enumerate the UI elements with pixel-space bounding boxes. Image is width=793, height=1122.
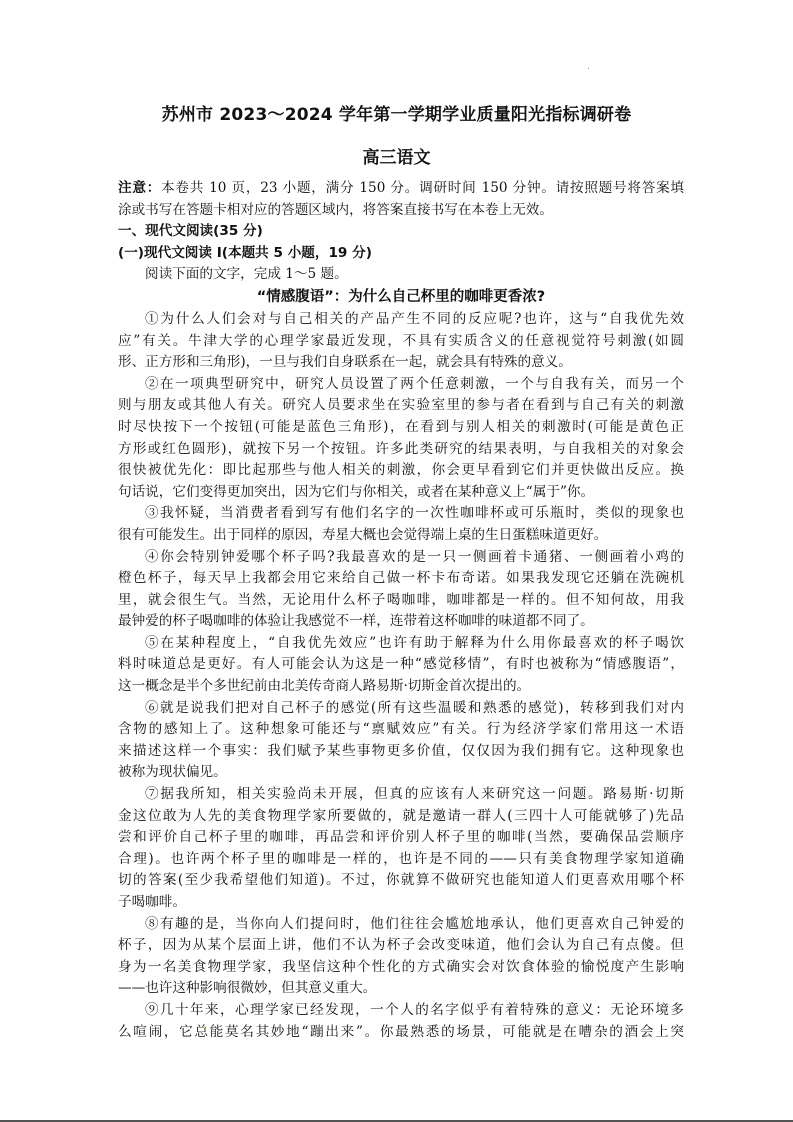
paragraph-line: 应”有关。牛津大学的心理学家最近发现，不具有实质含义的任意视觉符号刺激(如圆 xyxy=(118,331,684,353)
exam-body: 注意：本卷共 10 页，23 小题，满分 150 分。调研时间 150 分钟。请… xyxy=(118,178,684,1043)
paragraph-9: ⑨几十年来，心理学家已经发现，一个人的名字似乎有着特殊的意义：无论环境多 么喧闹… xyxy=(118,1000,684,1043)
paragraph-2: ②在一项典型研究中，研究人员设置了两个任意刺激，一个与自我有关，而另一个 则与朋… xyxy=(118,374,684,504)
notice-text: 涂或书写在答题卡相对应的答题区域内，将答案直接书写在本卷上无效。 xyxy=(118,202,553,218)
paragraph-line: ⑤在某种程度上，“自我优先效应”也许有助于解释为什么用你最喜欢的杯子喝饮 xyxy=(118,633,684,655)
article-title: “情感腹语”：为什么自己杯里的咖啡更香浓? xyxy=(118,286,684,309)
section-heading: 一、现代文阅读(35 分) xyxy=(118,221,684,243)
exam-title: 苏州市 2023～2024 学年第一学期学业质量阳光指标调研卷 xyxy=(0,100,793,125)
paragraph-line: 尝和评价自己杯子里的咖啡，再品尝和评价别人杯子里的咖啡(当然，要确保品尝顺序 xyxy=(118,827,684,849)
paragraph-4: ④你会特别钟爱哪个杯子吗?我最喜欢的是一只一侧画着卡通猪、一侧画着小鸡的 橙色杯… xyxy=(118,547,684,633)
notice-line-2: 涂或书写在答题卡相对应的答题区域内，将答案直接书写在本卷上无效。 xyxy=(118,200,684,222)
paragraph-line: 时尽快按下一个按钮(可能是蓝色三角形)，在看到与别人相关的刺激时(可能是黄色正 xyxy=(118,417,684,439)
paragraph-line: ⑦据我所知，相关实验尚未开展，但真的应该有人来研究这一问题。路易斯·切斯 xyxy=(118,784,684,806)
scan-speck xyxy=(204,1027,205,1028)
notice-line-1: 注意：本卷共 10 页，23 小题，满分 150 分。调研时间 150 分钟。请… xyxy=(118,178,684,200)
paragraph-line: ——也许这种影响很微妙，但其意义重大。 xyxy=(118,978,684,1000)
paragraph-line: 最钟爱的杯子喝咖啡的体验让我感觉不一样，连带着这杯咖啡的味道都不同了。 xyxy=(118,611,684,633)
paragraph-line: 这一概念是半个多世纪前由北美传奇商人路易斯·切斯金首次提出的。 xyxy=(118,676,684,698)
paragraph-5: ⑤在某种程度上，“自我优先效应”也许有助于解释为什么用你最喜欢的杯子喝饮 料时味… xyxy=(118,633,684,698)
paragraph-line: 来描述这样一个事实：我们赋予某些事物更多价值，仅仅因为我们拥有它。这种现象也 xyxy=(118,741,684,763)
paragraph-line: 含物的感知上了。这种想象可能还与“禀赋效应”有关。行为经济学家们常用这一术语 xyxy=(118,719,684,741)
paragraph-line: 形、正方形和三角形)，一旦与我们自身联系在一起，就会具有特殊的意义。 xyxy=(118,352,684,374)
paragraph-line: 则与朋友或其他人有关。研究人员要求坐在实验室里的参与者在看到与自己有关的刺激 xyxy=(118,395,684,417)
paragraph-line: 句话说，它们变得更加突出，因为它们与你相关，或者在某种意义上“属于”你。 xyxy=(118,482,684,504)
paragraph-line: ⑥就是说我们把对自己杯子的感觉(所有这些温暖和熟悉的感觉)，转移到我们对内 xyxy=(118,698,684,720)
paragraph-line: ④你会特别钟爱哪个杯子吗?我最喜欢的是一只一侧画着卡通猪、一侧画着小鸡的 xyxy=(118,547,684,569)
paragraph-line: ③我怀疑，当消费者看到写有他们名字的一次性咖啡杯或可乐瓶时，类似的现象也 xyxy=(118,503,684,525)
paragraph-line: 金这位敢为人先的美食物理学家所要做的，就是邀请一群人(三四十人可能就够了)先品 xyxy=(118,806,684,828)
paragraph-line: 切的答案(至少我希望他们知道)。不过，你就算不做研究也能知道人们更喜欢用哪个杯 xyxy=(118,870,684,892)
paragraph-line: 身为一名美食物理学家，我坚信这种个性化的方式确实会对饮食体验的愉悦度产生影响 xyxy=(118,957,684,979)
exam-subject: 高三语文 xyxy=(0,143,793,168)
paragraph-line: ①为什么人们会对与自己相关的产品产生不同的反应呢?也许，这与“自我优先效 xyxy=(118,309,684,331)
subsection-heading: (一)现代文阅读 I(本题共 5 小题，19 分) xyxy=(118,243,684,265)
paragraph-line: 子喝咖啡。 xyxy=(118,892,684,914)
paragraph-line: 料时味道总是更好。有人可能会认为这是一种“感觉移情”，有时也被称为“情感腹语”， xyxy=(118,654,684,676)
paragraph-3: ③我怀疑，当消费者看到写有他们名字的一次性咖啡杯或可乐瓶时，类似的现象也 很有可… xyxy=(118,503,684,546)
paragraph-line: 里，就会很生气。当然，无论用什么杯子喝咖啡，咖啡都是一样的。但不知何故，用我 xyxy=(118,590,684,612)
paragraph-1: ①为什么人们会对与自己相关的产品产生不同的反应呢?也许，这与“自我优先效 应”有… xyxy=(118,309,684,374)
paragraph-line: ⑧有趣的是，当你向人们提问时，他们往往会尴尬地承认，他们更喜欢自己钟爱的 xyxy=(118,914,684,936)
notice-label: 注意： xyxy=(118,180,161,196)
paragraph-line: 方形或红色圆形)，就按下另一个按钮。许多此类研究的结果表明，与自我相关的对象会 xyxy=(118,439,684,461)
paragraph-line: 合理)。也许两个杯子里的咖啡是一样的，也许是不同的——只有美食物理学家知道确 xyxy=(118,849,684,871)
paragraph-line: ②在一项典型研究中，研究人员设置了两个任意刺激，一个与自我有关，而另一个 xyxy=(118,374,684,396)
scan-speck xyxy=(588,68,589,69)
paragraph-6: ⑥就是说我们把对自己杯子的感觉(所有这些温暖和熟悉的感觉)，转移到我们对内 含物… xyxy=(118,698,684,784)
paragraph-line: 么喧闹，它总能莫名其妙地“蹦出来”。你最熟悉的场景，可能就是在嘈杂的酒会上突 xyxy=(118,1022,684,1044)
paragraph-8: ⑧有趣的是，当你向人们提问时，他们往往会尴尬地承认，他们更喜欢自己钟爱的 杯子，… xyxy=(118,914,684,1000)
paragraph-line: 很快被优先化：即比起那些与他人相关的刺激，你会更早看到它们并更快做出反应。换 xyxy=(118,460,684,482)
reading-instruction: 阅读下面的文字，完成 1～5 题。 xyxy=(118,264,684,286)
paragraph-line: 橙色杯子，每天早上我都会用它来给自己做一杯卡布奇诺。如果我发现它还躺在洗碗机 xyxy=(118,568,684,590)
paragraph-7: ⑦据我所知，相关实验尚未开展，但真的应该有人来研究这一问题。路易斯·切斯 金这位… xyxy=(118,784,684,914)
paragraph-line: 杯子，因为从某个层面上讲，他们不认为杯子会改变味道，他们会认为自己有点傻。但 xyxy=(118,935,684,957)
paragraph-line: 被称为现状偏见。 xyxy=(118,762,684,784)
paragraph-line: ⑨几十年来，心理学家已经发现，一个人的名字似乎有着特殊的意义：无论环境多 xyxy=(118,1000,684,1022)
document-page: 苏州市 2023～2024 学年第一学期学业质量阳光指标调研卷 高三语文 注意：… xyxy=(0,0,793,1122)
notice-text: 本卷共 10 页，23 小题，满分 150 分。调研时间 150 分钟。请按照题… xyxy=(161,180,684,196)
paragraph-line: 很有可能发生。出于同样的原因，寿星大概也会觉得端上桌的生日蛋糕味道更好。 xyxy=(118,525,684,547)
